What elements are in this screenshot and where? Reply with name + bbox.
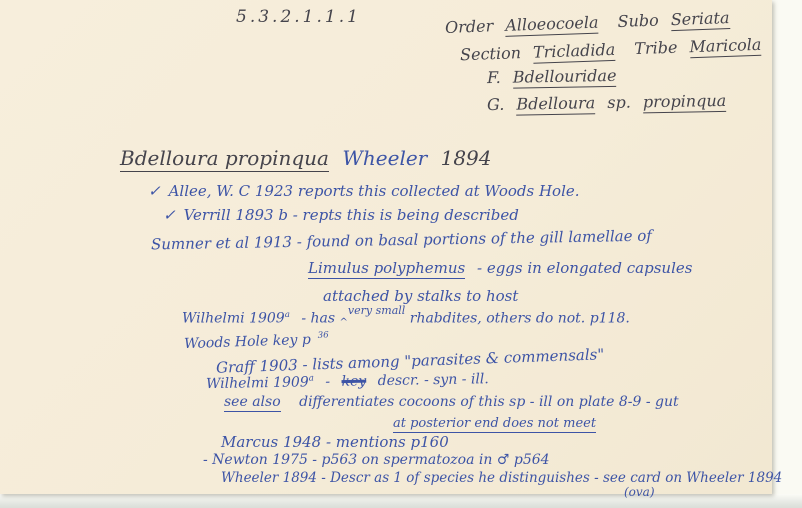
scanner-background-right [770,0,802,508]
note-line-wheeler: Wheeler 1894 - Descr as 1 of species he … [221,470,782,486]
scanner-background-bottom [0,494,802,508]
title-binomial: Bdelloura propinqua [120,146,329,172]
family-value: Bdellouridae [513,66,617,89]
note-line-limulus: Limulus polyphemus - eggs in elongated c… [308,259,692,277]
genus-value: Bdelloura [516,93,595,115]
tribe-value: Maricola [689,35,762,58]
note-line-sumner: Sumner et al 1913 - found on basal porti… [151,227,652,254]
woods-hole-key-page: 36 [318,330,329,340]
taxonomy-order-line: Order Alloeocoela Subo Seriata [445,8,730,37]
taxonomy-family-line: F. Bdellouridae [487,66,617,87]
note-line-wilhelmi-1909a-2: Wilhelmi 1909a - key descr. - syn - ill. [206,371,489,393]
note-ova-annotation: (ova) [624,485,655,499]
taxonomy-section-line: Section Tricladida Tribe Maricola [460,35,762,65]
wilhelmi-a-rest: rhabdites, others do not. p118. [410,311,630,327]
wilhelmi-b-superscript: a [309,374,314,384]
note-line-woods-hole-key: Woods Hole key p36 [184,330,329,352]
note-line-newton: - Newton 1975 - p563 on spermatozoa in ♂… [203,452,550,468]
card-title: Bdelloura propinqua Wheeler 1894 [120,146,492,170]
wilhelmi-a-mid: - has [301,311,335,327]
section-label: Section [460,43,522,64]
limulus-rest-text: - eggs in elongated capsules [477,259,692,277]
inserted-words: very small [348,304,405,317]
wilhelmi-b-dash: - [325,374,330,390]
note-verrill-text: Verrill 1893 b - repts this is being des… [184,206,519,224]
catalog-number: 5.3.2.1.1.1 [236,7,361,27]
taxonomy-genus-line: G. Bdelloura sp. propinqua [487,91,727,114]
note-line-verrill: ✓Verrill 1893 b - repts this is being de… [163,206,519,224]
genus-label: G. [487,95,505,114]
title-authority: Wheeler [342,146,427,170]
checkmark-icon: ✓ [148,182,161,200]
wilhelmi-b-citation: Wilhelmi 1909 [206,374,309,392]
posterior-insert-text: at posterior end does not meet [393,416,596,433]
order-value: Alloeocoela [505,13,599,37]
note-line-wilhelmi-1909a: Wilhelmi 1909a - has ^very small rhabdit… [182,310,630,327]
note-line-marcus: Marcus 1948 - mentions p160 [221,433,449,451]
species-label: sp. [607,93,631,112]
see-also-text: see also [224,394,281,412]
tribe-label: Tribe [634,38,678,58]
suborder-label: Subo [617,11,659,31]
checkmark-icon: ✓ [163,206,176,224]
limulus-species-name: Limulus polyphemus [308,259,465,279]
wilhelmi-a-citation: Wilhelmi 1909 [182,311,285,327]
note-line-see-also: see also differentiates cocoons of this … [224,394,679,410]
differentiates-text: differentiates cocoons of this sp - ill … [299,394,679,410]
scanned-page: 5.3.2.1.1.1 Order Alloeocoela Subo Seria… [0,0,802,508]
index-card: 5.3.2.1.1.1 Order Alloeocoela Subo Seria… [0,0,772,494]
species-value: propinqua [643,91,727,113]
order-label: Order [445,16,494,37]
note-line-attached: attached by stalks to host [323,287,518,305]
note-line-posterior-insert: at posterior end does not meet [393,416,596,431]
struck-out-word: key [341,373,366,389]
woods-hole-key-text: Woods Hole key p [184,332,311,352]
wilhelmi-b-rest: descr. - syn - ill. [378,371,489,389]
wilhelmi-a-superscript: a [285,310,290,320]
note-line-allee: ✓Allee, W. C 1923 reports this collected… [148,182,580,200]
note-allee-text: Allee, W. C 1923 reports this collected … [169,182,580,200]
family-label: F. [487,68,501,87]
insertion-caret: ^ [340,317,348,328]
section-value: Tricladida [533,40,616,64]
suborder-value: Seriata [670,8,729,31]
title-year: 1894 [441,146,492,170]
